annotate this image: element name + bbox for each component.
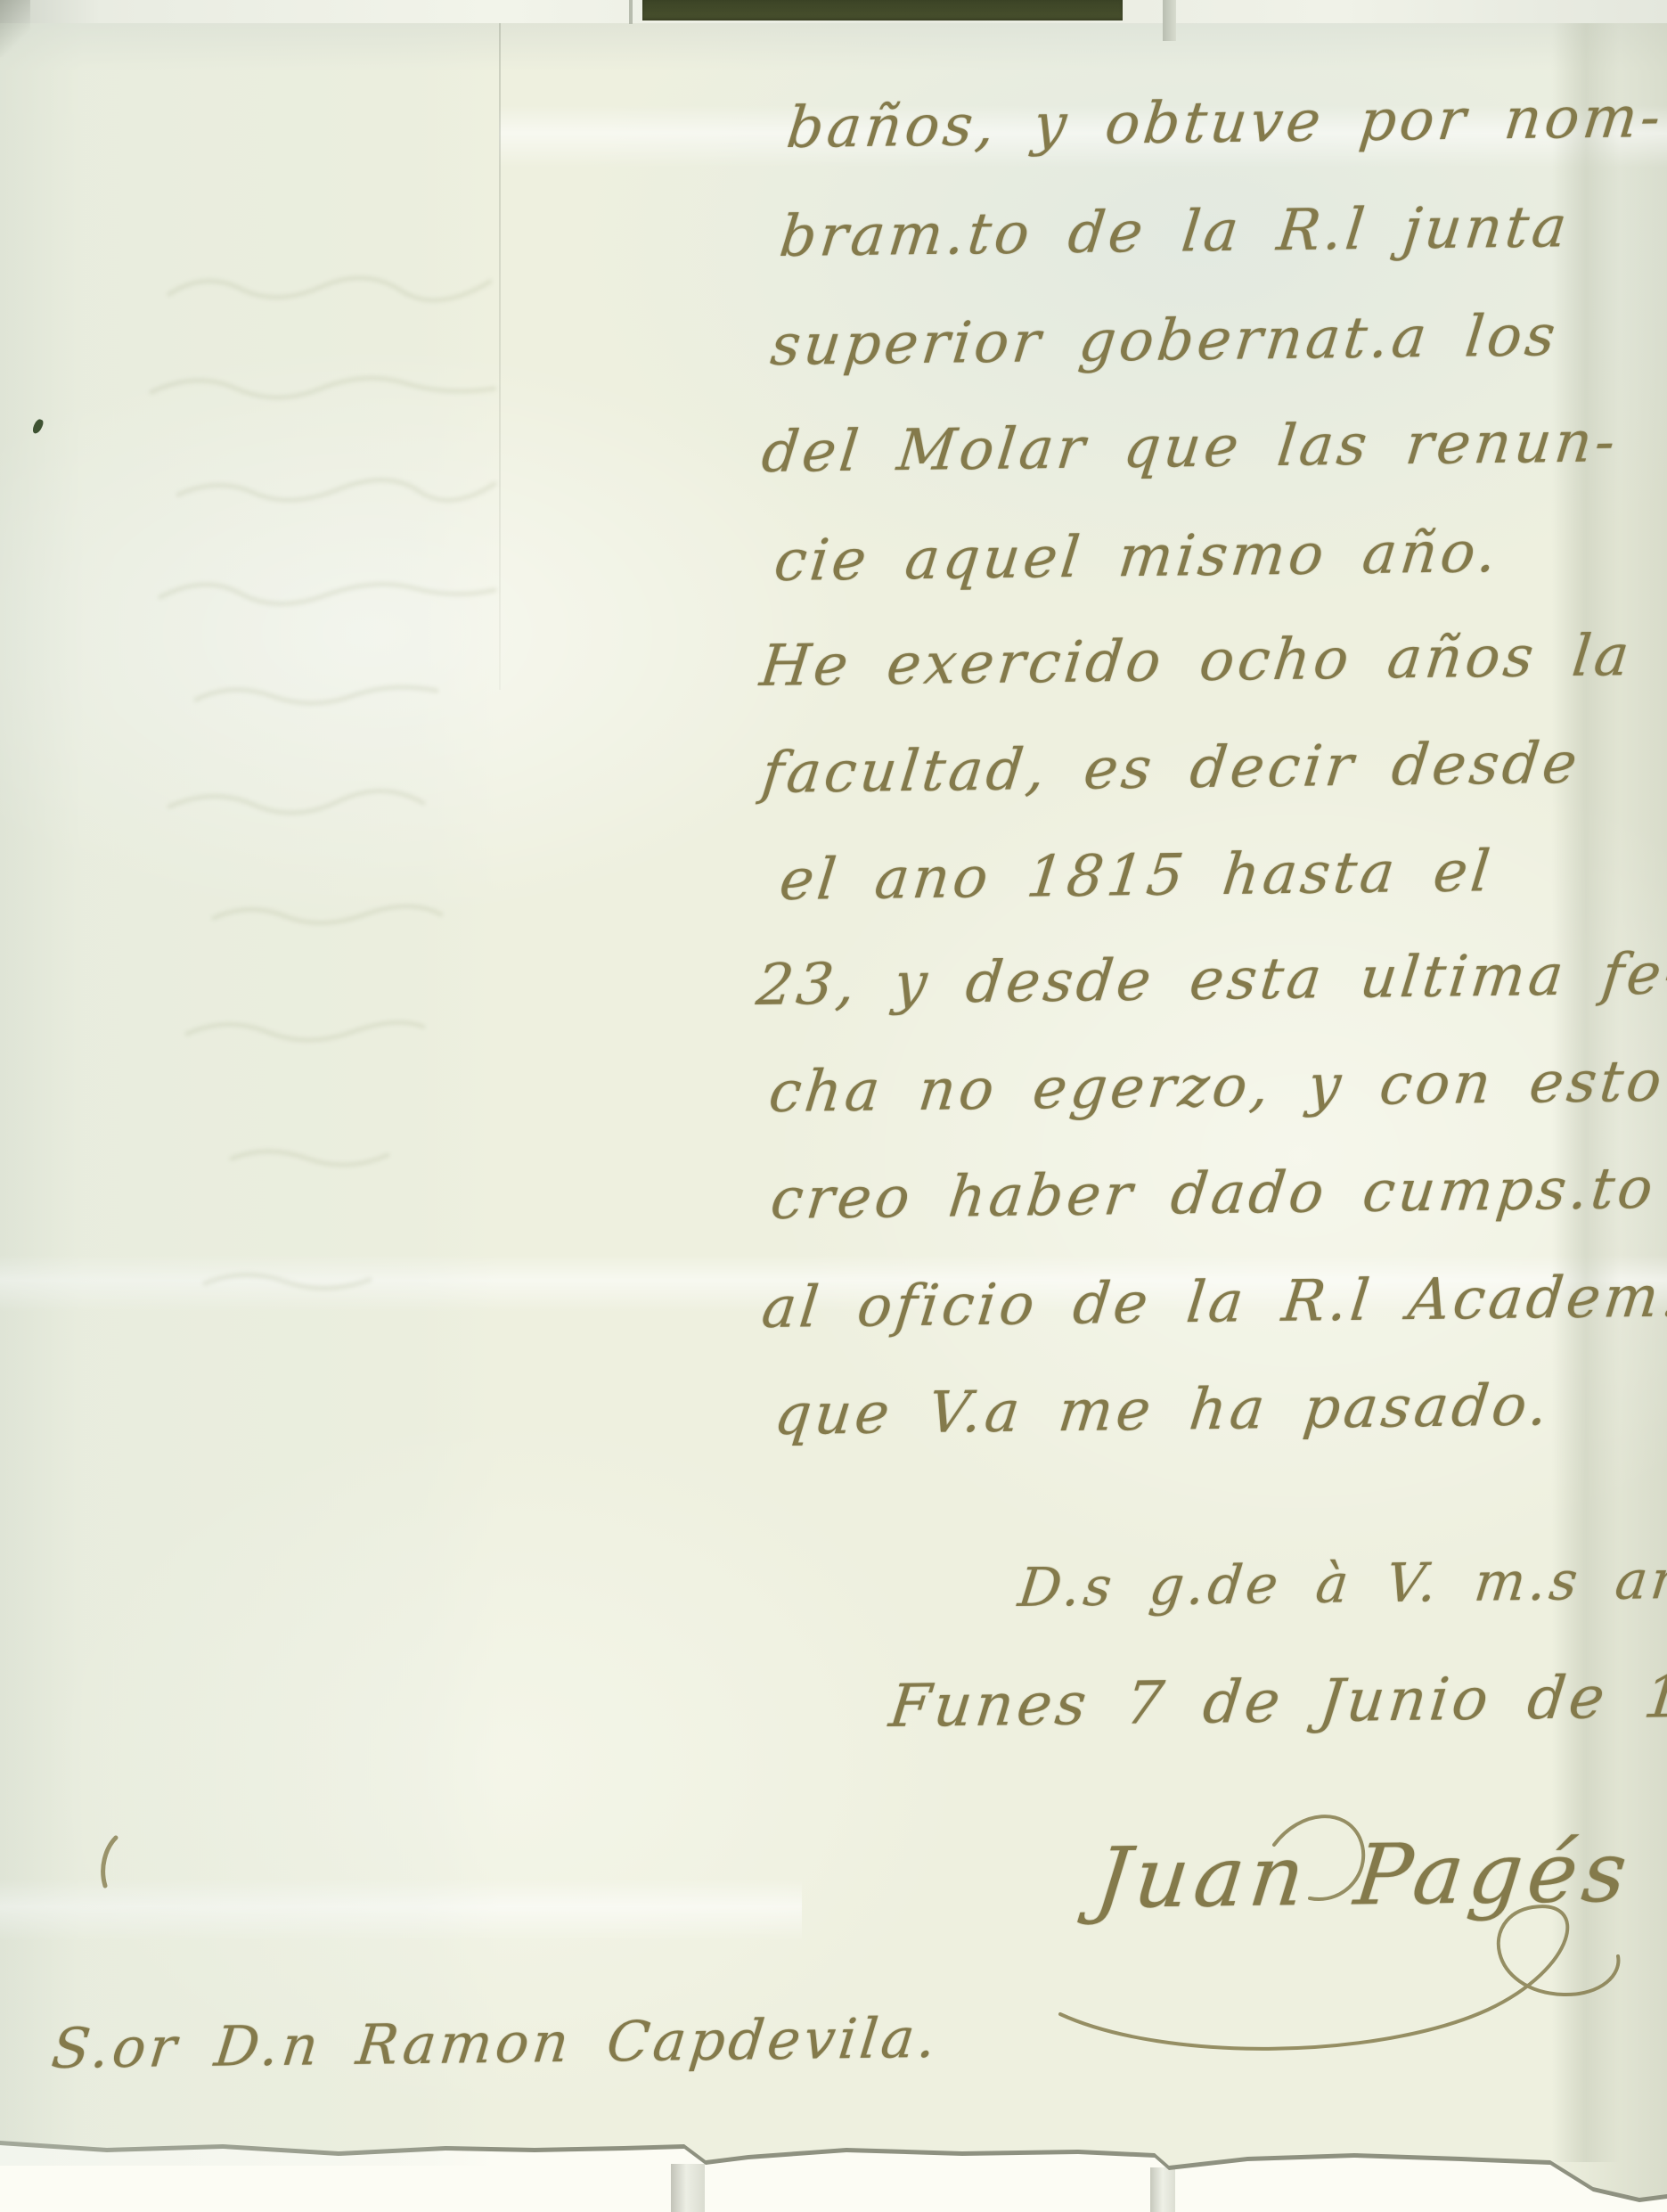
scanner-cradle-post-left: [671, 2164, 705, 2212]
addressee-line: S.or D.n Ramon Capdevila.: [49, 2011, 942, 2077]
manuscript-line-9: 23, y desde esta ultima fe-: [754, 946, 1667, 1014]
bleedthrough-ghost-writing: [62, 241, 526, 1399]
scanned-letter-page: baños, y obtuve por nom- bram.to de la R…: [0, 0, 1667, 2212]
manuscript-line-13: que V.a me ha pasado.: [772, 1377, 1554, 1444]
valediction-line: D.s g.de à V. m.s an.s: [1016, 1552, 1667, 1615]
manuscript-line-6: He exercido ocho años la: [757, 627, 1635, 695]
manuscript-line-7: facultad, es decir desde: [759, 735, 1583, 802]
scanner-slit-line: [629, 0, 633, 24]
manuscript-line-4: del Molar que las renun-: [759, 414, 1622, 481]
manuscript-line-2: bram.to de la R.l junta: [777, 199, 1573, 266]
dateline: Funes 7 de Junio de 1832.: [887, 1666, 1667, 1736]
addressee-flourish-mark: [78, 1832, 132, 1913]
scan-corner-shade: [0, 0, 30, 57]
scanner-edge-bar: [642, 0, 1123, 20]
manuscript-line-12: al oficio de la R.l Academ.a: [759, 1268, 1667, 1337]
manuscript-line-10: cha no egerzo, y con esto: [766, 1053, 1667, 1121]
manuscript-line-8: el ano 1815 hasta el: [777, 843, 1496, 909]
scanner-cradle-post-right: [1150, 2167, 1175, 2212]
signature-flourish: [1007, 1791, 1648, 2085]
manuscript-line-3: superior gobernat.a los: [768, 307, 1561, 374]
manuscript-line-5: cie aquel mismo año.: [772, 524, 1502, 590]
scanner-edge-strip: [1163, 0, 1176, 41]
manuscript-line-11: creo haber dado cumps.to -: [768, 1159, 1667, 1228]
manuscript-line-1: baños, y obtuve por nom-: [784, 89, 1667, 157]
